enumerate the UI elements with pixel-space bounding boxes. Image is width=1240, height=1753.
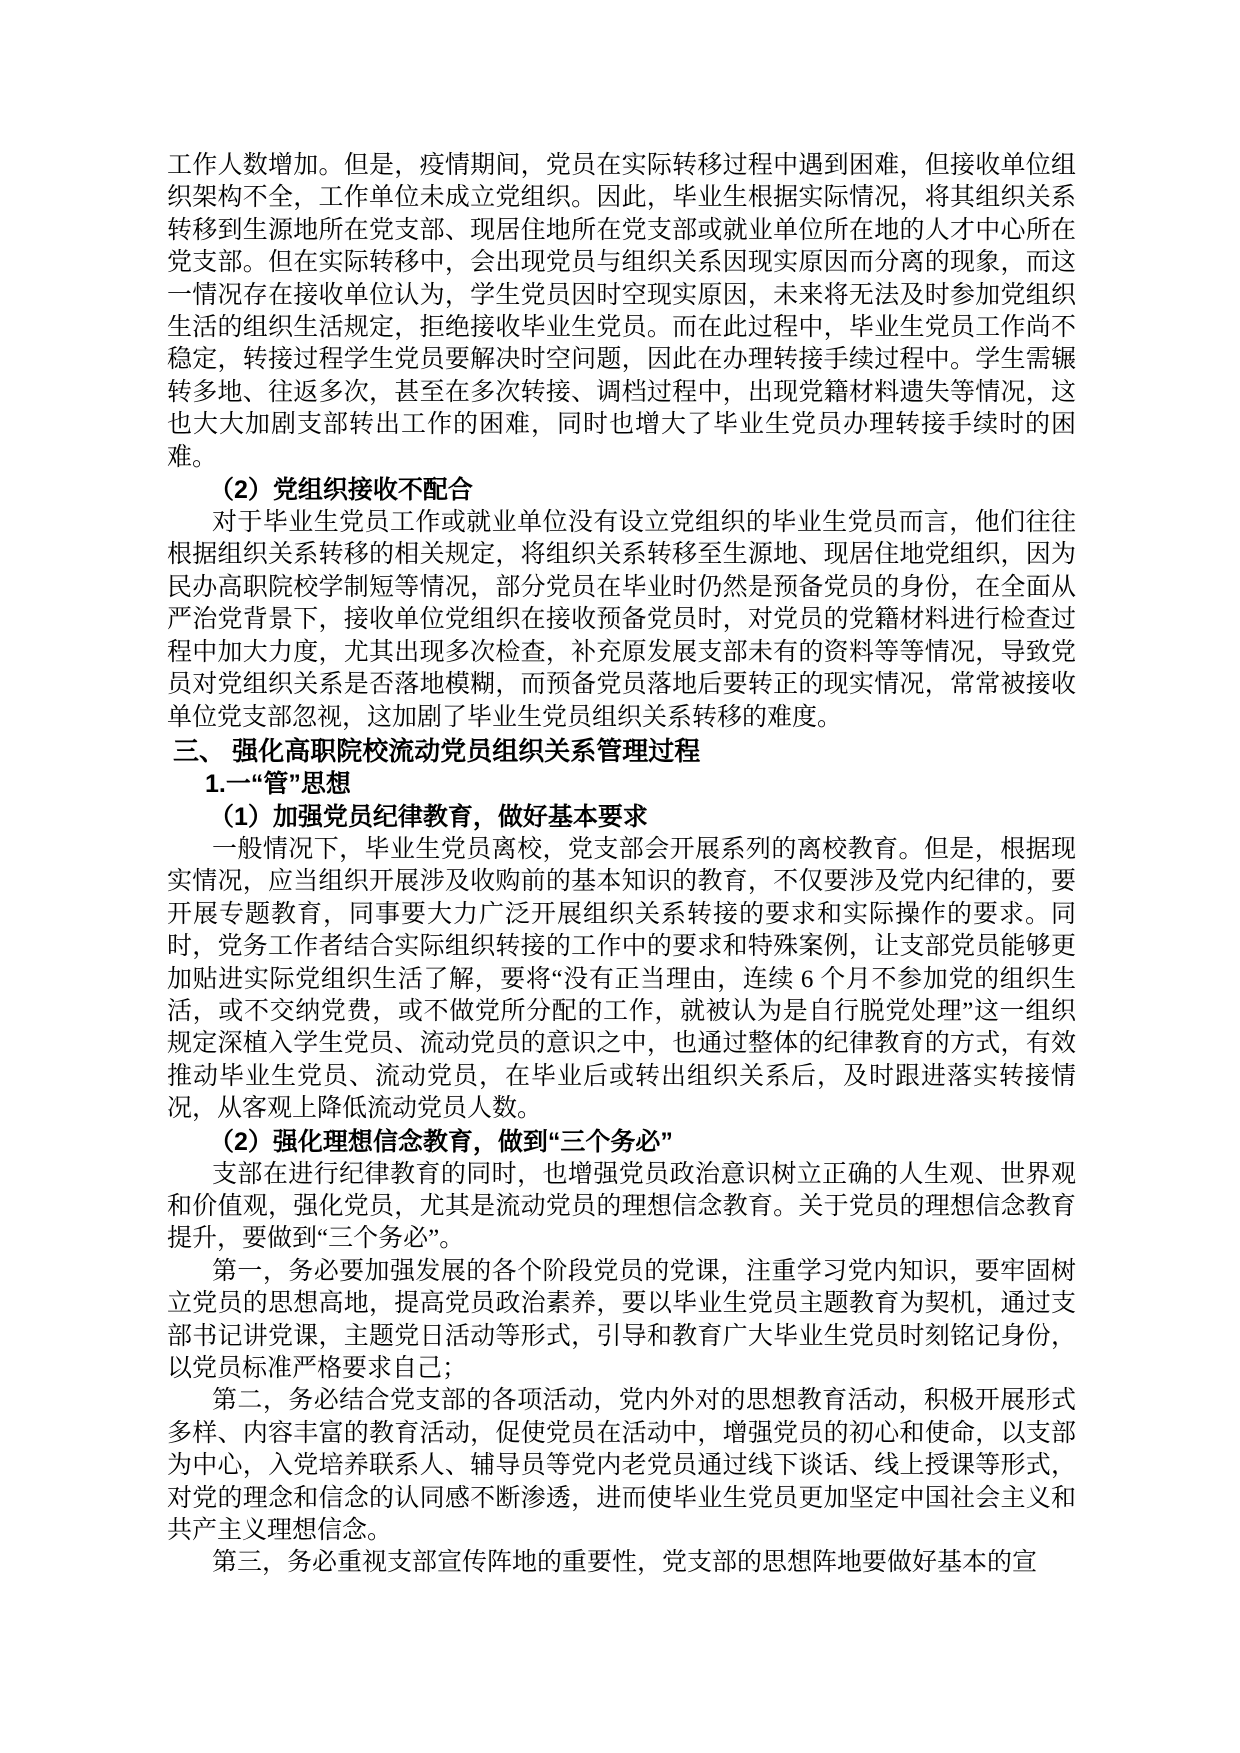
heading-one-guan-thought: 1.一“管”思想	[167, 768, 1076, 801]
paragraph-ideal-belief-intro: 支部在进行纪律教育的同时，也增强党员政治意识树立正确的人生观、世界观和价值观，强…	[167, 1159, 1076, 1256]
heading-org-reception-uncooperative: （2）党组织接收不配合	[167, 474, 1076, 507]
heading-section-three: 三、 强化高职院校流动党员组织关系管理过程	[167, 734, 1076, 768]
paragraph-discipline-education-detail: 一般情况下，毕业生党员离校，党支部会开展系列的离校教育。但是，根据现实情况，应当…	[167, 834, 1076, 1126]
page-content: 工作人数增加。但是，疫情期间，党员在实际转移过程中遇到困难，但接收单位组织架构不…	[167, 150, 1076, 1580]
heading-discipline-education: （1）加强党员纪律教育，做好基本要求	[167, 801, 1076, 834]
paragraph-third-imperative: 第三，务必重视支部宣传阵地的重要性，党支部的思想阵地要做好基本的宣	[167, 1547, 1076, 1579]
document-page: 工作人数增加。但是，疫情期间，党员在实际转移过程中遇到困难，但接收单位组织架构不…	[0, 0, 1240, 1753]
heading-ideal-belief-education: （2）强化理想信念教育，做到“三个务必”	[167, 1126, 1076, 1159]
paragraph-transfer-difficulties: 工作人数增加。但是，疫情期间，党员在实际转移过程中遇到困难，但接收单位组织架构不…	[167, 150, 1076, 474]
paragraph-org-reception-detail: 对于毕业生党员工作或就业单位没有设立党组织的毕业生党员而言，他们往往根据组织关系…	[167, 507, 1076, 734]
paragraph-first-imperative: 第一，务必要加强发展的各个阶段党员的党课，注重学习党内知识，要牢固树立党员的思想…	[167, 1256, 1076, 1386]
paragraph-second-imperative: 第二，务必结合党支部的各项活动，党内外对的思想教育活动，积极开展形式多样、内容丰…	[167, 1385, 1076, 1547]
